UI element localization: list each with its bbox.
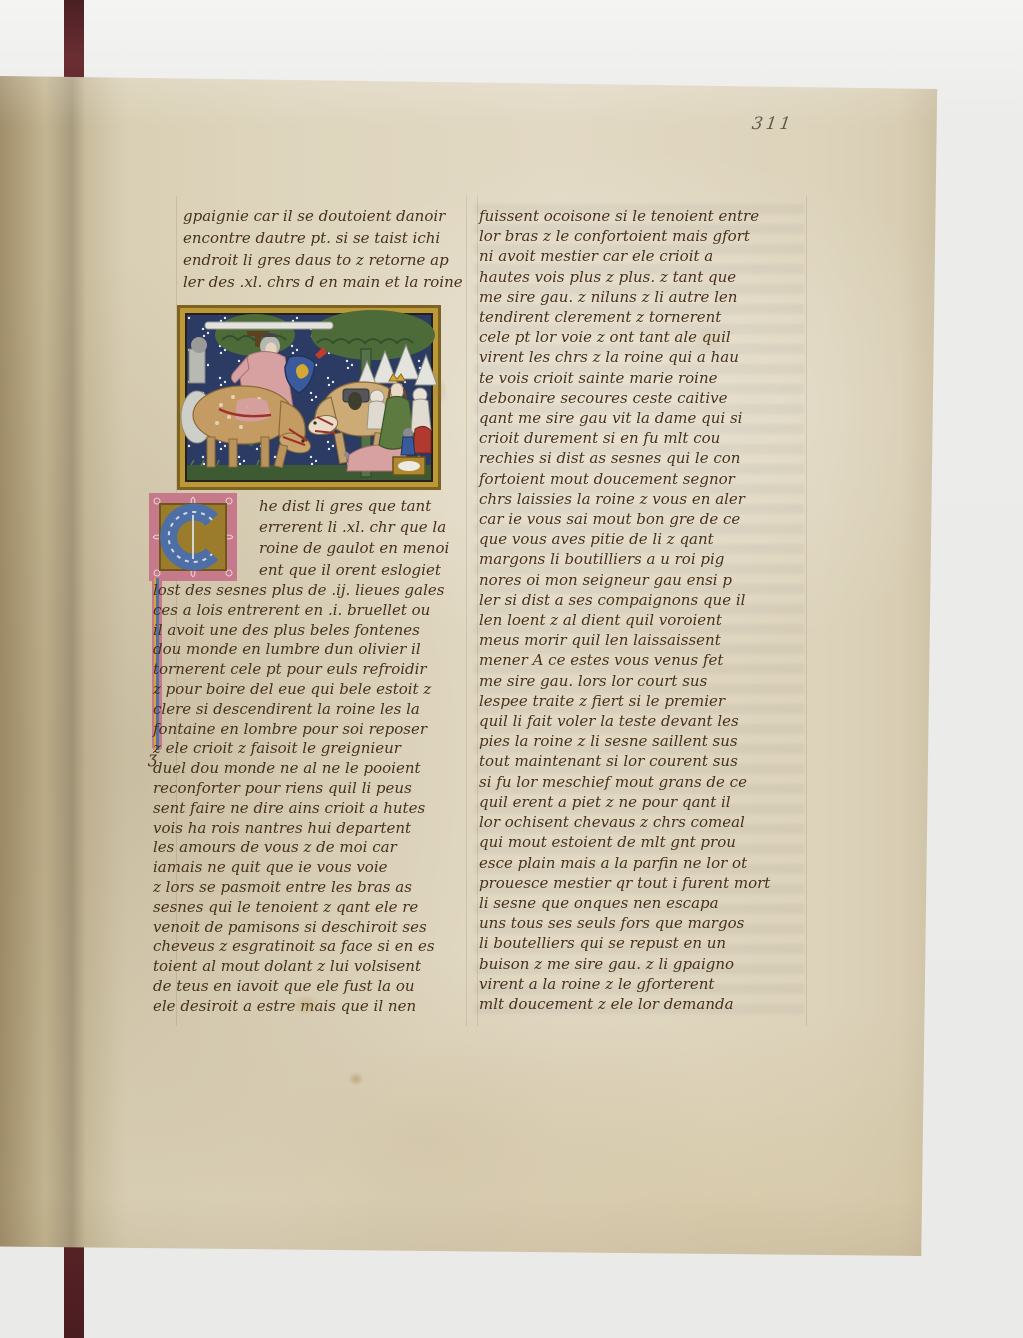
text-line: sent faire ne dire ains crioit a hutes [153,799,465,819]
text-line: ent que il orent eslogiet [259,560,459,581]
text-line: tout maintenant si lor courent sus [479,751,809,771]
decorated-initial: Decorated initial C, blue letter on gold… [149,493,237,581]
text-line: sesnes qui le tenoient z qant ele re [153,898,465,918]
text-line: ler si dist a ses compaignons que il [479,590,809,610]
text-line: mener A ce estes vous venus fet [479,650,809,670]
text-line: fortoient mout doucement segnor [479,469,809,489]
left-column-body: lost des sesnes plus de .ij. lieues gale… [153,581,465,1017]
text-line: reconforter pour riens quil li peus [153,779,465,799]
left-column-intro: gpaignie car il se doutoient danoirencon… [183,205,483,293]
text-line: si fu lor meschief mout grans de ce [479,772,809,792]
parchment-stain [348,1072,364,1086]
text-line: quil erent a piet z ne pour qant il [479,792,809,812]
text-line: ces a lois entrerent en .i. bruellet ou [153,601,465,621]
text-line: lor ochisent chevaus z chrs comeal [479,812,809,832]
text-line: z pour boire del eue qui bele estoit z [153,680,465,700]
text-line: virent a la roine z le gforterent [479,974,809,994]
text-line: qui mout estoient de mlt gnt prou [479,832,809,852]
text-line: toient al mout dolant z lui volsisent [153,957,465,977]
text-line: len loent z al dient quil voroient [479,610,809,630]
text-line: li sesne que onques nen escapa [479,893,809,913]
folio-number: 311 [751,114,795,134]
text-line: me sire gau. lors lor court sus [479,671,809,691]
text-line: ele desiroit a estre mais que il nen [153,997,465,1017]
manuscript-page: 311 gpaignie car il se doutoient danoire… [0,76,940,1256]
text-line: nores oi mon seigneur gau ensi p [479,570,809,590]
text-line: te vois crioit sainte marie roine [479,368,809,388]
text-line: chrs laissies la roine z vous en aler [479,489,809,509]
text-line: vois ha rois nantres hui departent [153,819,465,839]
text-line: errerent li .xl. chr que la [259,517,459,538]
text-line: uns tous ses seuls fors que margos [479,913,809,933]
ruling-line [477,196,478,1026]
text-line: cheveus z esgratinoit sa face si en es [153,937,465,957]
text-line: tendirent clerement z tornerent [479,307,809,327]
text-line: tornerent cele pt pour euls refroidir [153,660,465,680]
fountain [393,457,425,475]
text-line: qant me sire gau vit la dame qui si [479,408,809,428]
text-line: margons li boutilliers a u roi pig [479,549,809,569]
text-line: duel dou monde ne al ne le pooient [153,759,465,779]
text-line: ni avoit mestier car ele crioit a [479,246,809,266]
text-line: que vous aves pitie de li z qant [479,529,809,549]
text-line: virent les chrs z la roine qui a hau [479,347,809,367]
text-line: prouesce mestier qr tout i furent mort [479,873,809,893]
text-line: rechies si dist as sesnes qui le con [479,448,809,468]
text-line: crioit durement si en fu mlt cou [479,428,809,448]
left-column-indented: he dist li gres que tanterrerent li .xl.… [259,496,459,581]
saddle-cloth [235,398,271,422]
text-line: debonaire secoures ceste caitive [479,388,809,408]
text-line: car ie vous sai mout bon gre de ce [479,509,809,529]
ruling-line [466,196,467,1026]
text-line: pies la roine z li sesne saillent sus [479,731,809,751]
text-line: les amours de vous z de moi car [153,838,465,858]
text-line: z lors se pasmoit entre les bras as [153,878,465,898]
text-line: li boutelliers qui se repust en un [479,933,809,953]
text-line: hautes vois plus z plus. z tant que [479,267,809,287]
text-line: de teus en iavoit que ele fust la ou [153,977,465,997]
text-line: clere si descendirent la roine les la [153,700,465,720]
text-line: meus morir quil len laissaissent [479,630,809,650]
text-line: encontre dautre pt. si se taist ichi [183,227,483,249]
right-column: fuissent ocoisone si le tenoient entrelo… [479,206,809,1014]
text-line: roine de gaulot en menoi [259,538,459,559]
text-line: gpaignie car il se doutoient danoir [183,205,483,227]
text-line: il avoit une des plus beles fontenes [153,621,465,641]
text-line: esce plain mais a la parfin ne lor ot [479,853,809,873]
text-line: z ele crioit z faisoit le greignieur [153,739,465,759]
text-line: dou monde en lumbre dun olivier il [153,640,465,660]
text-line: mlt doucement z ele lor demanda [479,994,809,1014]
text-line: lespee traite z fiert si le premier [479,691,809,711]
text-line: cele pt lor voie z ont tant ale quil [479,327,809,347]
text-line: fontaine en lombre pour soi reposer [153,720,465,740]
sword-blade [205,322,333,329]
text-line: lost des sesnes plus de .ij. lieues gale… [153,581,465,601]
text-line: fuissent ocoisone si le tenoient entre [479,206,809,226]
text-line: buison z me sire gau. z li gpaigno [479,954,809,974]
text-line: me sire gau. z niluns z li autre len [479,287,809,307]
text-line: ler des .xl. chrs d en main et la roine [183,271,483,293]
text-line: venoit de pamisons si deschiroit ses [153,918,465,938]
text-line: iamais ne quit que ie vous voie [153,858,465,878]
red-garment [413,426,431,453]
miniature-illustration: Miniature: a knight in pink surcoat with… [177,305,441,490]
text-line: lor bras z le confortoient mais gfort [479,226,809,246]
text-line: he dist li gres que tant [259,496,459,517]
text-line: endroit li gres daus to z retorne ap [183,249,483,271]
text-line: quil li fait voler la teste devant les [479,711,809,731]
soldier-small [401,428,415,455]
